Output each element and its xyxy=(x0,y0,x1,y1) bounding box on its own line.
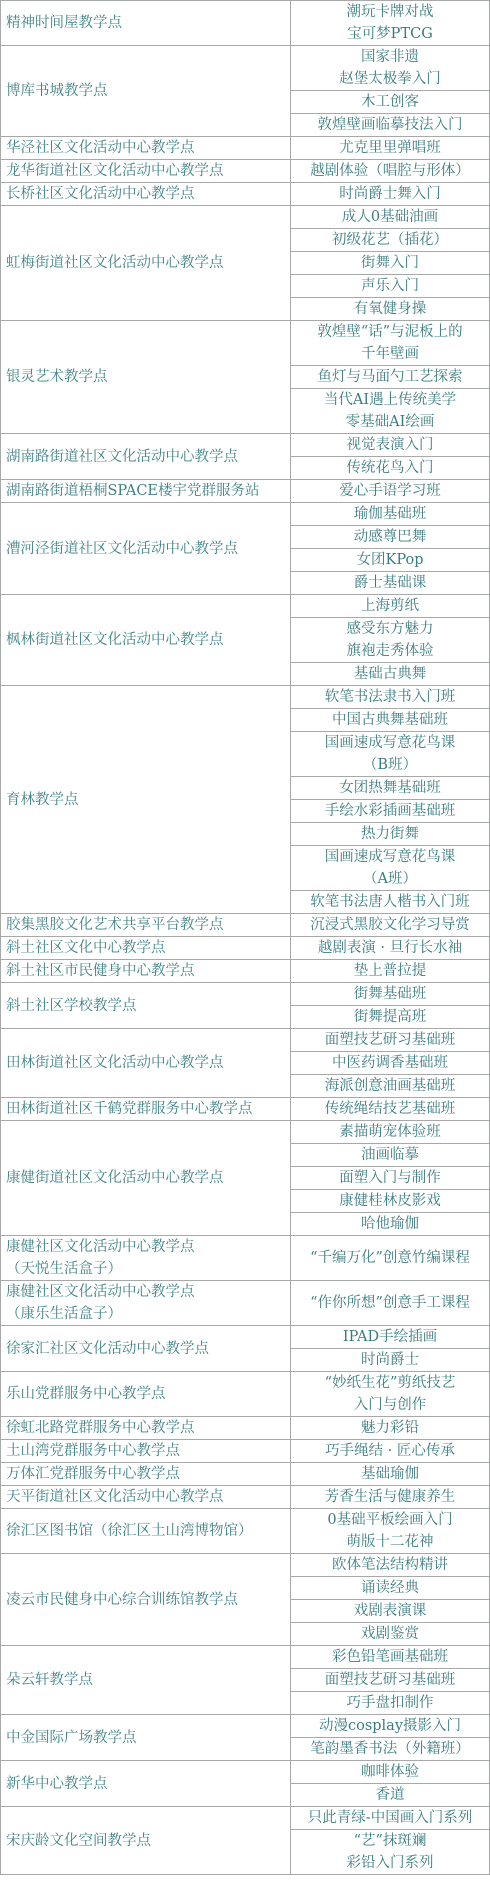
venue-cell: 万体汇党群服务中心教学点 xyxy=(1,1463,291,1486)
course-name: 当代AI遇上传统美学 xyxy=(293,389,487,411)
course-name: 中国古典舞基础班 xyxy=(293,709,487,731)
course-name: 上海剪纸 xyxy=(293,595,487,617)
course-cell: 爱心手语学习班 xyxy=(291,480,490,503)
course-name: 爱心手语学习班 xyxy=(293,480,487,502)
course-name: 手绘水彩插画基础班 xyxy=(293,800,487,822)
course-cell: 沉浸式黑胶文化学习导赏 xyxy=(291,914,490,937)
course-name: 面塑技艺研习基础班 xyxy=(293,1669,487,1691)
course-cell: 传统绳结技艺基础班 xyxy=(291,1098,490,1121)
venue-cell: 胶集黑胶文化艺术共享平台教学点 xyxy=(1,914,291,937)
course-cell: 垫上普拉提 xyxy=(291,960,490,983)
course-name: 热力街舞 xyxy=(293,823,487,845)
course-name: 沉浸式黑胶文化学习导赏 xyxy=(293,914,487,936)
venue-cell: 田林街道社区千鹤党群服务中心教学点 xyxy=(1,1098,291,1121)
venue-name: 漕河泾街道社区文化活动中心教学点 xyxy=(6,538,286,560)
course-cell: 康健桂林皮影戏 xyxy=(291,1190,490,1213)
course-name: 千年壁画 xyxy=(293,343,487,365)
course-name: 越剧体验（唱腔与形体） xyxy=(293,160,487,182)
course-name: 软笔书法唐人楷书入门班 xyxy=(293,891,487,913)
course-cell: 木工创客 xyxy=(291,91,490,114)
course-name: 动漫cosplay摄影入门 xyxy=(293,1715,487,1737)
venue-name: 土山湾党群服务中心教学点 xyxy=(6,1440,286,1462)
course-cell: 热力街舞 xyxy=(291,823,490,846)
table-row: 天平街道社区文化活动中心教学点芳香生活与健康养生 xyxy=(1,1486,490,1509)
course-cell: 诵读经典 xyxy=(291,1577,490,1600)
course-name: 软笔书法隶书入门班 xyxy=(293,686,487,708)
course-cell: 越剧表演 · 旦行长水袖 xyxy=(291,937,490,960)
venue-cell: 华泾社区文化活动中心教学点 xyxy=(1,137,291,160)
course-cell: 面塑技艺研习基础班 xyxy=(291,1669,490,1692)
table-row: 胶集黑胶文化艺术共享平台教学点沉浸式黑胶文化学习导赏 xyxy=(1,914,490,937)
venue-name: 湖南路街道梧桐SPACE楼宇党群服务站 xyxy=(6,480,286,502)
course-name: 瑜伽基础班 xyxy=(293,503,487,525)
table-body: 精神时间屋教学点潮玩卡牌对战宝可梦PTCG博库书城教学点国家非遗赵堡太极拳入门木… xyxy=(1,1,490,1875)
course-cell: 时尚爵士 xyxy=(291,1349,490,1372)
course-cell: 面塑技艺研习基础班 xyxy=(291,1029,490,1052)
course-name: 海派创意油画基础班 xyxy=(293,1075,487,1097)
course-name: 零基础AI绘画 xyxy=(293,411,487,433)
course-name: 香道 xyxy=(293,1784,487,1806)
course-cell: 爵士基础课 xyxy=(291,572,490,595)
course-name: 入门与创作 xyxy=(293,1394,487,1416)
course-cell: 国画速成写意花鸟课（A班） xyxy=(291,846,490,891)
venue-cell: 中金国际广场教学点 xyxy=(1,1715,291,1761)
course-name: 面塑入门与制作 xyxy=(293,1167,487,1189)
course-cell: 国家非遗赵堡太极拳入门 xyxy=(291,46,490,91)
course-name: 国画速成写意花鸟课 xyxy=(293,732,487,754)
course-cell: 哈他瑜伽 xyxy=(291,1213,490,1236)
course-cell: 有氧健身操 xyxy=(291,298,490,321)
course-name: 越剧表演 · 旦行长水袖 xyxy=(293,937,487,959)
course-name: 街舞提高班 xyxy=(293,1006,487,1028)
course-cell: 女团KPop xyxy=(291,549,490,572)
course-cell: 街舞基础班 xyxy=(291,983,490,1006)
course-cell: 面塑入门与制作 xyxy=(291,1167,490,1190)
venue-name: 田林街道社区文化活动中心教学点 xyxy=(6,1052,286,1074)
course-cell: IPAD手绘插画 xyxy=(291,1326,490,1349)
venue-name: 斜土社区文化中心教学点 xyxy=(6,937,286,959)
course-name: 萌版十二花神 xyxy=(293,1531,487,1553)
course-cell: 动感尊巴舞 xyxy=(291,526,490,549)
course-name: 木工创客 xyxy=(293,91,487,113)
venue-cell: 宋庆龄文化空间教学点 xyxy=(1,1807,291,1875)
course-name: 彩铅入门系列 xyxy=(293,1852,487,1874)
venue-cell: 龙华街道社区文化活动中心教学点 xyxy=(1,160,291,183)
course-name: 欧体笔法结构精讲 xyxy=(293,1554,487,1576)
course-cell: 手绘水彩插画基础班 xyxy=(291,800,490,823)
course-cell: 鱼灯与马面勺工艺探索 xyxy=(291,366,490,389)
course-cell: 油画临摹 xyxy=(291,1144,490,1167)
course-name: 诵读经典 xyxy=(293,1577,487,1599)
course-name: 尤克里里弹唱班 xyxy=(293,137,487,159)
course-cell: 动漫cosplay摄影入门 xyxy=(291,1715,490,1738)
table-row: 精神时间屋教学点潮玩卡牌对战宝可梦PTCG xyxy=(1,1,490,46)
course-name: 时尚爵士舞入门 xyxy=(293,183,487,205)
venue-name: 宋庆龄文化空间教学点 xyxy=(6,1830,286,1852)
course-cell: 视觉表演入门 xyxy=(291,434,490,457)
course-name: “艺”抹斑斓 xyxy=(293,1830,487,1852)
course-cell: 软笔书法唐人楷书入门班 xyxy=(291,891,490,914)
course-cell: 欧体笔法结构精讲 xyxy=(291,1554,490,1577)
table-row: 凌云市民健身中心综合训练馆教学点欧体笔法结构精讲 xyxy=(1,1554,490,1577)
course-name: 视觉表演入门 xyxy=(293,434,487,456)
course-cell: 芳香生活与健康养生 xyxy=(291,1486,490,1509)
venue-name: 枫林街道社区文化活动中心教学点 xyxy=(6,629,286,651)
course-schedule-table: 精神时间屋教学点潮玩卡牌对战宝可梦PTCG博库书城教学点国家非遗赵堡太极拳入门木… xyxy=(0,0,490,1875)
venue-cell: 徐汇区图书馆（徐汇区土山湾博物馆） xyxy=(1,1509,291,1554)
course-cell: 巧手绳结 · 匠心传承 xyxy=(291,1440,490,1463)
course-name: 赵堡太极拳入门 xyxy=(293,68,487,90)
table-row: 万体汇党群服务中心教学点基础瑜伽 xyxy=(1,1463,490,1486)
course-name: “千编万化”创意竹编课程 xyxy=(293,1247,487,1269)
course-name: 国画速成写意花鸟课 xyxy=(293,846,487,868)
venue-name: 田林街道社区千鹤党群服务中心教学点 xyxy=(6,1098,286,1120)
table-row: 湖南路街道梧桐SPACE楼宇党群服务站爱心手语学习班 xyxy=(1,480,490,503)
course-name: 垫上普拉提 xyxy=(293,960,487,982)
course-name: 爵士基础课 xyxy=(293,572,487,594)
course-name: 成人0基础油画 xyxy=(293,206,487,228)
venue-name: 康健街道社区文化活动中心教学点 xyxy=(6,1167,286,1189)
table-row: 湖南路街道社区文化活动中心教学点视觉表演入门 xyxy=(1,434,490,457)
table-row: 龙华街道社区文化活动中心教学点越剧体验（唱腔与形体） xyxy=(1,160,490,183)
table-row: 乐山党群服务中心教学点“妙纸生花”剪纸技艺入门与创作 xyxy=(1,1372,490,1417)
course-cell: 彩色铅笔画基础班 xyxy=(291,1646,490,1669)
course-cell: 尤克里里弹唱班 xyxy=(291,137,490,160)
course-cell: 声乐入门 xyxy=(291,275,490,298)
venue-cell: 枫林街道社区文化活动中心教学点 xyxy=(1,595,291,686)
course-name: 戏剧鉴赏 xyxy=(293,1623,487,1645)
course-cell: 0基础平板绘画入门萌版十二花神 xyxy=(291,1509,490,1554)
table-row: 博库书城教学点国家非遗赵堡太极拳入门 xyxy=(1,46,490,91)
course-cell: 魅力彩铅 xyxy=(291,1417,490,1440)
venue-cell: 博库书城教学点 xyxy=(1,46,291,137)
table-row: 斜土社区市民健身中心教学点垫上普拉提 xyxy=(1,960,490,983)
course-name: 有氧健身操 xyxy=(293,298,487,320)
course-cell: 成人0基础油画 xyxy=(291,206,490,229)
course-name: 魅力彩铅 xyxy=(293,1417,487,1439)
course-name: 传统花鸟入门 xyxy=(293,457,487,479)
course-cell: 女团热舞基础班 xyxy=(291,777,490,800)
table-row: 康健社区文化活动中心教学点（康乐生活盒子）“作你所想”创意手工课程 xyxy=(1,1281,490,1326)
table-row: 华泾社区文化活动中心教学点尤克里里弹唱班 xyxy=(1,137,490,160)
table-row: 土山湾党群服务中心教学点巧手绳结 · 匠心传承 xyxy=(1,1440,490,1463)
venue-cell: 育林教学点 xyxy=(1,686,291,914)
course-name: （B班） xyxy=(293,754,487,776)
course-name: 声乐入门 xyxy=(293,275,487,297)
course-cell: “作你所想”创意手工课程 xyxy=(291,1281,490,1326)
venue-cell: 康健社区文化活动中心教学点（天悦生活盒子） xyxy=(1,1236,291,1281)
course-name: 素描萌宠体验班 xyxy=(293,1121,487,1143)
course-cell: 中医药调香基础班 xyxy=(291,1052,490,1075)
table-row: 中金国际广场教学点动漫cosplay摄影入门 xyxy=(1,1715,490,1738)
course-cell: 敦煌壁画临摹技法入门 xyxy=(291,114,490,137)
table-row: 宋庆龄文化空间教学点只此青绿-中国画入门系列 xyxy=(1,1807,490,1830)
venue-name: 育林教学点 xyxy=(6,789,286,811)
venue-cell: 精神时间屋教学点 xyxy=(1,1,291,46)
course-cell: 时尚爵士舞入门 xyxy=(291,183,490,206)
venue-name: 万体汇党群服务中心教学点 xyxy=(6,1463,286,1485)
course-name: 敦煌壁画临摹技法入门 xyxy=(293,114,487,136)
course-cell: 敦煌壁“话”与泥板上的千年壁画 xyxy=(291,321,490,366)
course-cell: 街舞提高班 xyxy=(291,1006,490,1029)
course-name: 只此青绿-中国画入门系列 xyxy=(293,1807,487,1829)
table-row: 斜土社区文化中心教学点越剧表演 · 旦行长水袖 xyxy=(1,937,490,960)
course-cell: 只此青绿-中国画入门系列 xyxy=(291,1807,490,1830)
venue-cell: 银灵艺术教学点 xyxy=(1,321,291,434)
course-name: 初级花艺（插花） xyxy=(293,229,487,251)
course-cell: 传统花鸟入门 xyxy=(291,457,490,480)
table-row: 虹梅街道社区文化活动中心教学点成人0基础油画 xyxy=(1,206,490,229)
venue-cell: 斜土社区学校教学点 xyxy=(1,983,291,1029)
course-name: 宝可梦PTCG xyxy=(293,23,487,45)
course-name: 哈他瑜伽 xyxy=(293,1213,487,1235)
table-row: 枫林街道社区文化活动中心教学点上海剪纸 xyxy=(1,595,490,618)
course-cell: 香道 xyxy=(291,1784,490,1807)
venue-cell: 湖南路街道社区文化活动中心教学点 xyxy=(1,434,291,480)
venue-name: 天平街道社区文化活动中心教学点 xyxy=(6,1486,286,1508)
venue-cell: 斜土社区文化中心教学点 xyxy=(1,937,291,960)
course-name: 鱼灯与马面勺工艺探索 xyxy=(293,366,487,388)
venue-name: 胶集黑胶文化艺术共享平台教学点 xyxy=(6,914,286,936)
course-name: “作你所想”创意手工课程 xyxy=(293,1292,487,1314)
venue-name: 康健社区文化活动中心教学点 xyxy=(6,1236,286,1258)
course-cell: 软笔书法隶书入门班 xyxy=(291,686,490,709)
course-cell: “千编万化”创意竹编课程 xyxy=(291,1236,490,1281)
venue-name: 康健社区文化活动中心教学点 xyxy=(6,1281,286,1303)
venue-name: 徐汇区图书馆（徐汇区土山湾博物馆） xyxy=(6,1520,286,1542)
table-row: 康健街道社区文化活动中心教学点素描萌宠体验班 xyxy=(1,1121,490,1144)
course-name: 康健桂林皮影戏 xyxy=(293,1190,487,1212)
table-row: 斜土社区学校教学点街舞基础班 xyxy=(1,983,490,1006)
course-name: 0基础平板绘画入门 xyxy=(293,1509,487,1531)
course-name: 巧手绳结 · 匠心传承 xyxy=(293,1440,487,1462)
venue-name: 凌云市民健身中心综合训练馆教学点 xyxy=(6,1589,286,1611)
venue-name: 长桥社区文化活动中心教学点 xyxy=(6,183,286,205)
venue-name: 朵云轩教学点 xyxy=(6,1669,286,1691)
course-name: （A班） xyxy=(293,868,487,890)
course-cell: 咖啡体验 xyxy=(291,1761,490,1784)
table-row: 徐家汇社区文化活动中心教学点IPAD手绘插画 xyxy=(1,1326,490,1349)
course-name: 笔韵墨香书法（外籍班） xyxy=(293,1738,487,1760)
venue-cell: 朵云轩教学点 xyxy=(1,1646,291,1715)
venue-name: （天悦生活盒子） xyxy=(6,1258,286,1280)
venue-name: 华泾社区文化活动中心教学点 xyxy=(6,137,286,159)
venue-name: 徐虹北路党群服务中心教学点 xyxy=(6,1417,286,1439)
venue-cell: 田林街道社区文化活动中心教学点 xyxy=(1,1029,291,1098)
course-name: 街舞入门 xyxy=(293,252,487,274)
course-name: 传统绳结技艺基础班 xyxy=(293,1098,487,1120)
course-cell: 当代AI遇上传统美学零基础AI绘画 xyxy=(291,389,490,434)
course-cell: 巧手盘扣制作 xyxy=(291,1692,490,1715)
course-cell: 上海剪纸 xyxy=(291,595,490,618)
venue-cell: 土山湾党群服务中心教学点 xyxy=(1,1440,291,1463)
course-cell: 感受东方魅力旗袍走秀体验 xyxy=(291,618,490,663)
venue-name: 徐家汇社区文化活动中心教学点 xyxy=(6,1338,286,1360)
course-cell: 越剧体验（唱腔与形体） xyxy=(291,160,490,183)
table-row: 田林街道社区文化活动中心教学点面塑技艺研习基础班 xyxy=(1,1029,490,1052)
venue-name: 湖南路街道社区文化活动中心教学点 xyxy=(6,446,286,468)
venue-cell: 斜土社区市民健身中心教学点 xyxy=(1,960,291,983)
venue-cell: 虹梅街道社区文化活动中心教学点 xyxy=(1,206,291,321)
course-cell: 戏剧表演课 xyxy=(291,1600,490,1623)
course-name: 旗袍走秀体验 xyxy=(293,640,487,662)
venue-name: 斜土社区学校教学点 xyxy=(6,995,286,1017)
course-name: 感受东方魅力 xyxy=(293,618,487,640)
course-name: 时尚爵士 xyxy=(293,1349,487,1371)
table-row: 徐虹北路党群服务中心教学点魅力彩铅 xyxy=(1,1417,490,1440)
course-cell: 国画速成写意花鸟课（B班） xyxy=(291,732,490,777)
venue-name: 虹梅街道社区文化活动中心教学点 xyxy=(6,252,286,274)
venue-name: 龙华街道社区文化活动中心教学点 xyxy=(6,160,286,182)
course-name: 中医药调香基础班 xyxy=(293,1052,487,1074)
venue-name: 新华中心教学点 xyxy=(6,1773,286,1795)
table-row: 育林教学点软笔书法隶书入门班 xyxy=(1,686,490,709)
table-row: 田林街道社区千鹤党群服务中心教学点传统绳结技艺基础班 xyxy=(1,1098,490,1121)
venue-cell: 康健社区文化活动中心教学点（康乐生活盒子） xyxy=(1,1281,291,1326)
venue-cell: 乐山党群服务中心教学点 xyxy=(1,1372,291,1417)
venue-cell: 湖南路街道梧桐SPACE楼宇党群服务站 xyxy=(1,480,291,503)
course-name: IPAD手绘插画 xyxy=(293,1326,487,1348)
course-name: 国家非遗 xyxy=(293,46,487,68)
course-name: 女团热舞基础班 xyxy=(293,777,487,799)
course-name: 芳香生活与健康养生 xyxy=(293,1486,487,1508)
course-cell: “妙纸生花”剪纸技艺入门与创作 xyxy=(291,1372,490,1417)
venue-cell: 新华中心教学点 xyxy=(1,1761,291,1807)
table-row: 新华中心教学点咖啡体验 xyxy=(1,1761,490,1784)
venue-name: 斜土社区市民健身中心教学点 xyxy=(6,960,286,982)
venue-name: 中金国际广场教学点 xyxy=(6,1727,286,1749)
course-cell: 中国古典舞基础班 xyxy=(291,709,490,732)
course-name: 巧手盘扣制作 xyxy=(293,1692,487,1714)
table-row: 朵云轩教学点彩色铅笔画基础班 xyxy=(1,1646,490,1669)
venue-cell: 徐虹北路党群服务中心教学点 xyxy=(1,1417,291,1440)
venue-cell: 康健街道社区文化活动中心教学点 xyxy=(1,1121,291,1236)
venue-name: 精神时间屋教学点 xyxy=(6,12,286,34)
venue-cell: 凌云市民健身中心综合训练馆教学点 xyxy=(1,1554,291,1646)
venue-name: （康乐生活盒子） xyxy=(6,1303,286,1325)
course-name: 咖啡体验 xyxy=(293,1761,487,1783)
venue-cell: 长桥社区文化活动中心教学点 xyxy=(1,183,291,206)
course-cell: 潮玩卡牌对战宝可梦PTCG xyxy=(291,1,490,46)
course-name: 基础古典舞 xyxy=(293,663,487,685)
course-cell: 基础古典舞 xyxy=(291,663,490,686)
course-name: 油画临摹 xyxy=(293,1144,487,1166)
table-row: 徐汇区图书馆（徐汇区土山湾博物馆）0基础平板绘画入门萌版十二花神 xyxy=(1,1509,490,1554)
course-name: 戏剧表演课 xyxy=(293,1600,487,1622)
venue-cell: 徐家汇社区文化活动中心教学点 xyxy=(1,1326,291,1372)
venue-name: 乐山党群服务中心教学点 xyxy=(6,1383,286,1405)
course-name: 动感尊巴舞 xyxy=(293,526,487,548)
course-name: 敦煌壁“话”与泥板上的 xyxy=(293,321,487,343)
table-row: 银灵艺术教学点敦煌壁“话”与泥板上的千年壁画 xyxy=(1,321,490,366)
venue-name: 银灵艺术教学点 xyxy=(6,366,286,388)
course-cell: 笔韵墨香书法（外籍班） xyxy=(291,1738,490,1761)
course-name: 面塑技艺研习基础班 xyxy=(293,1029,487,1051)
course-cell: 戏剧鉴赏 xyxy=(291,1623,490,1646)
course-cell: “艺”抹斑斓彩铅入门系列 xyxy=(291,1830,490,1875)
course-name: 基础瑜伽 xyxy=(293,1463,487,1485)
course-cell: 基础瑜伽 xyxy=(291,1463,490,1486)
course-name: 彩色铅笔画基础班 xyxy=(293,1646,487,1668)
course-cell: 瑜伽基础班 xyxy=(291,503,490,526)
course-cell: 海派创意油画基础班 xyxy=(291,1075,490,1098)
course-cell: 街舞入门 xyxy=(291,252,490,275)
course-cell: 初级花艺（插花） xyxy=(291,229,490,252)
course-cell: 素描萌宠体验班 xyxy=(291,1121,490,1144)
venue-cell: 天平街道社区文化活动中心教学点 xyxy=(1,1486,291,1509)
venue-cell: 漕河泾街道社区文化活动中心教学点 xyxy=(1,503,291,595)
table-row: 长桥社区文化活动中心教学点时尚爵士舞入门 xyxy=(1,183,490,206)
table-row: 康健社区文化活动中心教学点（天悦生活盒子）“千编万化”创意竹编课程 xyxy=(1,1236,490,1281)
course-name: 潮玩卡牌对战 xyxy=(293,1,487,23)
course-name: “妙纸生花”剪纸技艺 xyxy=(293,1372,487,1394)
table-row: 漕河泾街道社区文化活动中心教学点瑜伽基础班 xyxy=(1,503,490,526)
course-name: 街舞基础班 xyxy=(293,983,487,1005)
course-name: 女团KPop xyxy=(293,549,487,571)
venue-name: 博库书城教学点 xyxy=(6,80,286,102)
